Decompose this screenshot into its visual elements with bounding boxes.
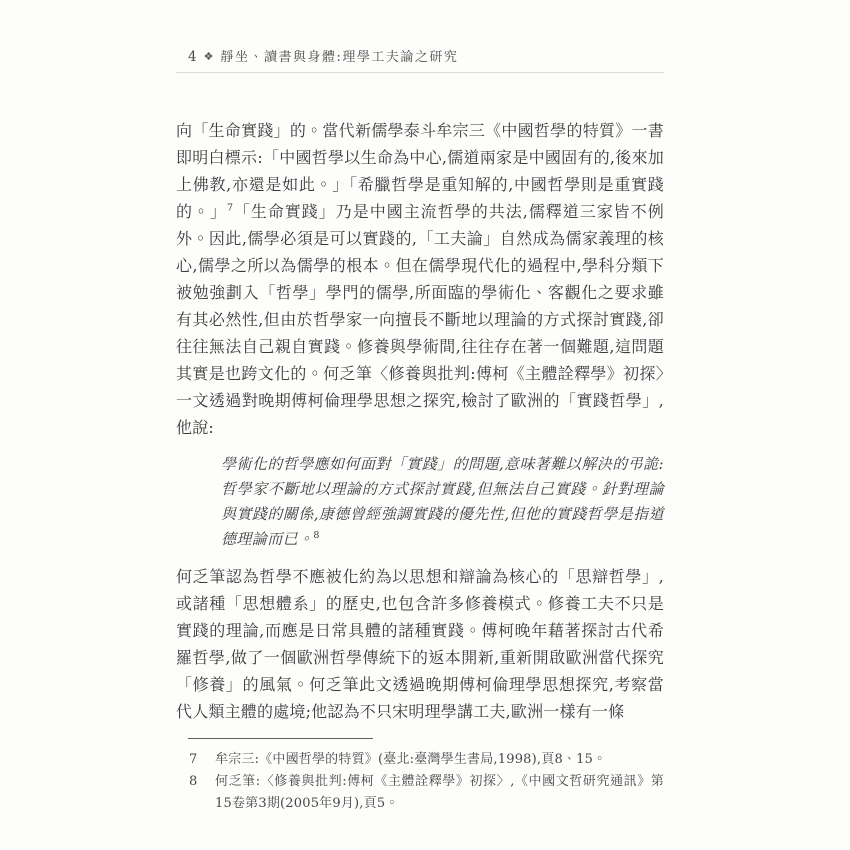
page-number: 4 [188,49,197,65]
running-header-title: 靜坐、讀書與身體:理學工夫論之研究 [220,46,458,65]
block-quote: 學術化的哲學應如何面對「實踐」的問題,意味著難以解決的弔詭:哲學家不斷地以理論的… [221,452,664,552]
footnote-8-text: 何乏筆:〈修養與批判:傅柯《主體詮釋學》初探〉,《中國文哲研究通訊》第15卷第3… [215,771,664,815]
footnotes-section: 7 牟宗三:《中國哲學的特質》(臺北:臺灣學生書局,1998),頁8、15。 8… [176,738,664,815]
footnote-8-number: 8 [176,771,215,815]
footnote-8: 8 何乏筆:〈修養與批判:傅柯《主體詮釋學》初探〉,《中國文哲研究通訊》第15卷… [176,771,664,815]
page-body: 向「生命實踐」的。當代新儒學泰斗牟宗三《中國哲學的特質》一書即明白標示:「中國哲… [176,117,664,725]
quote-text: 學術化的哲學應如何面對「實踐」的問題,意味著難以解決的弔詭:哲學家不斷地以理論的… [221,455,664,548]
footnote-7-text: 牟宗三:《中國哲學的特質》(臺北:臺灣學生書局,1998),頁8、15。 [215,749,664,771]
running-header: 4 ❖ 靜坐、讀書與身體:理學工夫論之研究 [176,46,664,73]
page-content: 4 ❖ 靜坐、讀書與身體:理學工夫論之研究 向「生命實踐」的。當代新儒學泰斗牟宗… [176,46,664,815]
header-divider [176,72,664,73]
footnote-ref-8: 8 [313,530,319,541]
running-header-line: 4 ❖ 靜坐、讀書與身體:理學工夫論之研究 [176,46,664,65]
footnote-7-number: 7 [176,749,215,771]
diamond-ornament-icon: ❖ [204,50,214,63]
paragraph-1-text-after-ref: 「生命實踐」乃是中國主流哲學的共法,儒釋道三家皆不例外。因此,儒學必須是可以實踐… [176,202,664,437]
footnote-7: 7 牟宗三:《中國哲學的特質》(臺北:臺灣學生書局,1998),頁8、15。 [176,749,664,771]
book-page-scan: 4 ❖ 靜坐、讀書與身體:理學工夫論之研究 向「生命實踐」的。當代新儒學泰斗牟宗… [0,0,850,850]
footnote-divider [188,738,373,739]
body-paragraph-2: 何乏筆認為哲學不應被化約為以思想和辯論為核心的「思辯哲學」,或諸種「思想體系」的… [176,563,664,725]
body-paragraph-1: 向「生命實踐」的。當代新儒學泰斗牟宗三《中國哲學的特質》一書即明白標示:「中國哲… [176,117,664,441]
